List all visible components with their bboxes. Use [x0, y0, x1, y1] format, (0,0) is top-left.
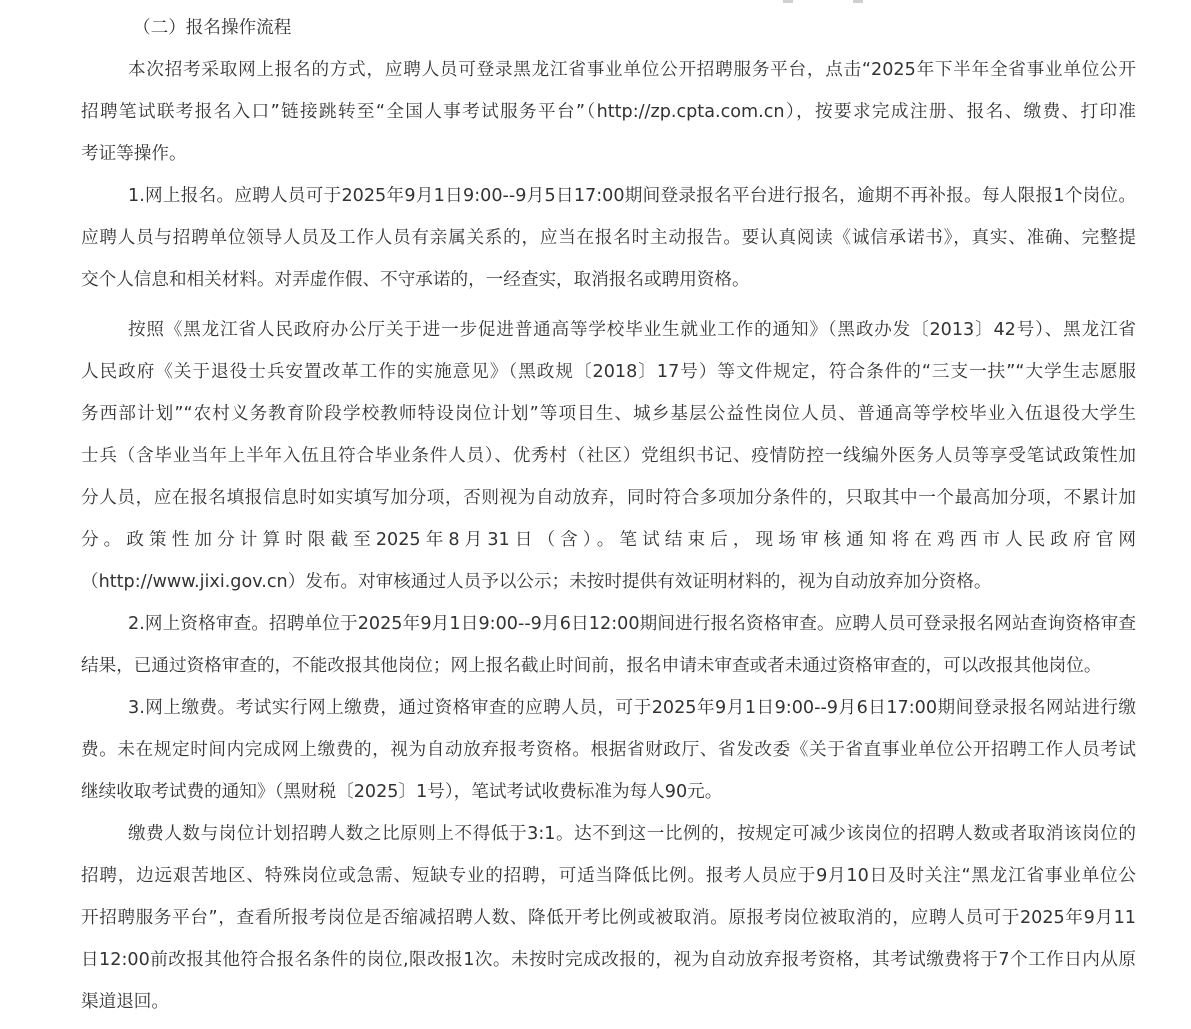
paragraph-line: 招聘笔试联考报名入口”链接跳转至“全国人事考试服务平台”（http://zp.c… — [81, 99, 1136, 125]
paragraph-line: 费。未在规定时间内完成网上缴费的，视为自动放弃报考资格。根据省财政厅、省发改委《… — [81, 737, 1136, 763]
paragraph-line: 分人员，应在报名填报信息时如实填写加分项，否则视为自动放弃，同时符合多项加分条件… — [81, 485, 1136, 511]
paragraph-line: 缴费人数与岗位计划招聘人数之比原则上不得低于3:1。达不到这一比例的，按规定可减… — [128, 821, 1136, 847]
paragraph-line: 渠道退回。 — [81, 989, 169, 1015]
paragraph-line: 3.网上缴费。考试实行网上缴费，通过资格审查的应聘人员，可于2025年9月1日9… — [128, 695, 1136, 721]
paragraph-line: 交个人信息和相关材料。对弄虚作假、不守承诺的，一经查实，取消报名或聘用资格。 — [81, 267, 750, 293]
paragraph-line: 按照《黑龙江省人民政府办公厅关于进一步促进普通高等学校毕业生就业工作的通知》（黑… — [128, 317, 1136, 343]
paragraph-line: 开招聘服务平台”，查看所报考岗位是否缩减招聘人数、降低开考比例或被取消。原报考岗… — [81, 905, 1136, 931]
paragraph-line: 应聘人员与招聘单位领导人员及工作人员有亲属关系的，应当在报名时主动报告。要认真阅… — [81, 225, 1136, 251]
paragraph-line: 1.网上报名。应聘人员可于2025年9月1日9:00--9月5日17:00期间登… — [128, 183, 1136, 209]
section-heading: （二）报名操作流程 — [133, 15, 291, 41]
paragraph-line: 士兵（含毕业当年上半年入伍且符合毕业条件人员）、优秀村（社区）党组织书记、疫情防… — [81, 443, 1136, 469]
paragraph-line: 2.网上资格审查。招聘单位于2025年9月1日9:00--9月6日12:00期间… — [128, 611, 1136, 637]
paragraph-line: 继续收取考试费的通知》（黑财税〔2025〕1号），笔试考试收费标准为每人90元。 — [81, 779, 722, 805]
cropped-text-fragment — [783, 0, 793, 3]
cropped-text-fragment — [853, 0, 863, 3]
paragraph-line: 务西部计划”“农村义务教育阶段学校教师特设岗位计划”等项目生、城乡基层公益性岗位… — [81, 401, 1136, 427]
paragraph-line: 分。政策性加分计算时限截至2025年8月31日（含）。笔试结束后，现场审核通知将… — [81, 527, 1136, 553]
paragraph-line: 招聘，边远艰苦地区、特殊岗位或急需、短缺专业的招聘，可适当降低比例。报考人员应于… — [81, 863, 1136, 889]
paragraph-line: 本次招考采取网上报名的方式，应聘人员可登录黑龙江省事业单位公开招聘服务平台，点击… — [128, 57, 1136, 83]
paragraph-line: 结果，已通过资格审查的，不能改报其他岗位；网上报名截止时间前，报名申请未审查或者… — [81, 653, 1101, 679]
paragraph-line: （http://www.jixi.gov.cn）发布。对审核通过人员予以公示；未… — [81, 569, 991, 595]
paragraph-line: 考证等操作。 — [81, 141, 187, 167]
paragraph-line: 人民政府《关于退役士兵安置改革工作的实施意见》（黑政规〔2018〕17号）等文件… — [81, 359, 1136, 385]
paragraph-line: 日12:00前改报其他符合报名条件的岗位,限改报1次。未按时完成改报的，视为自动… — [81, 947, 1136, 973]
